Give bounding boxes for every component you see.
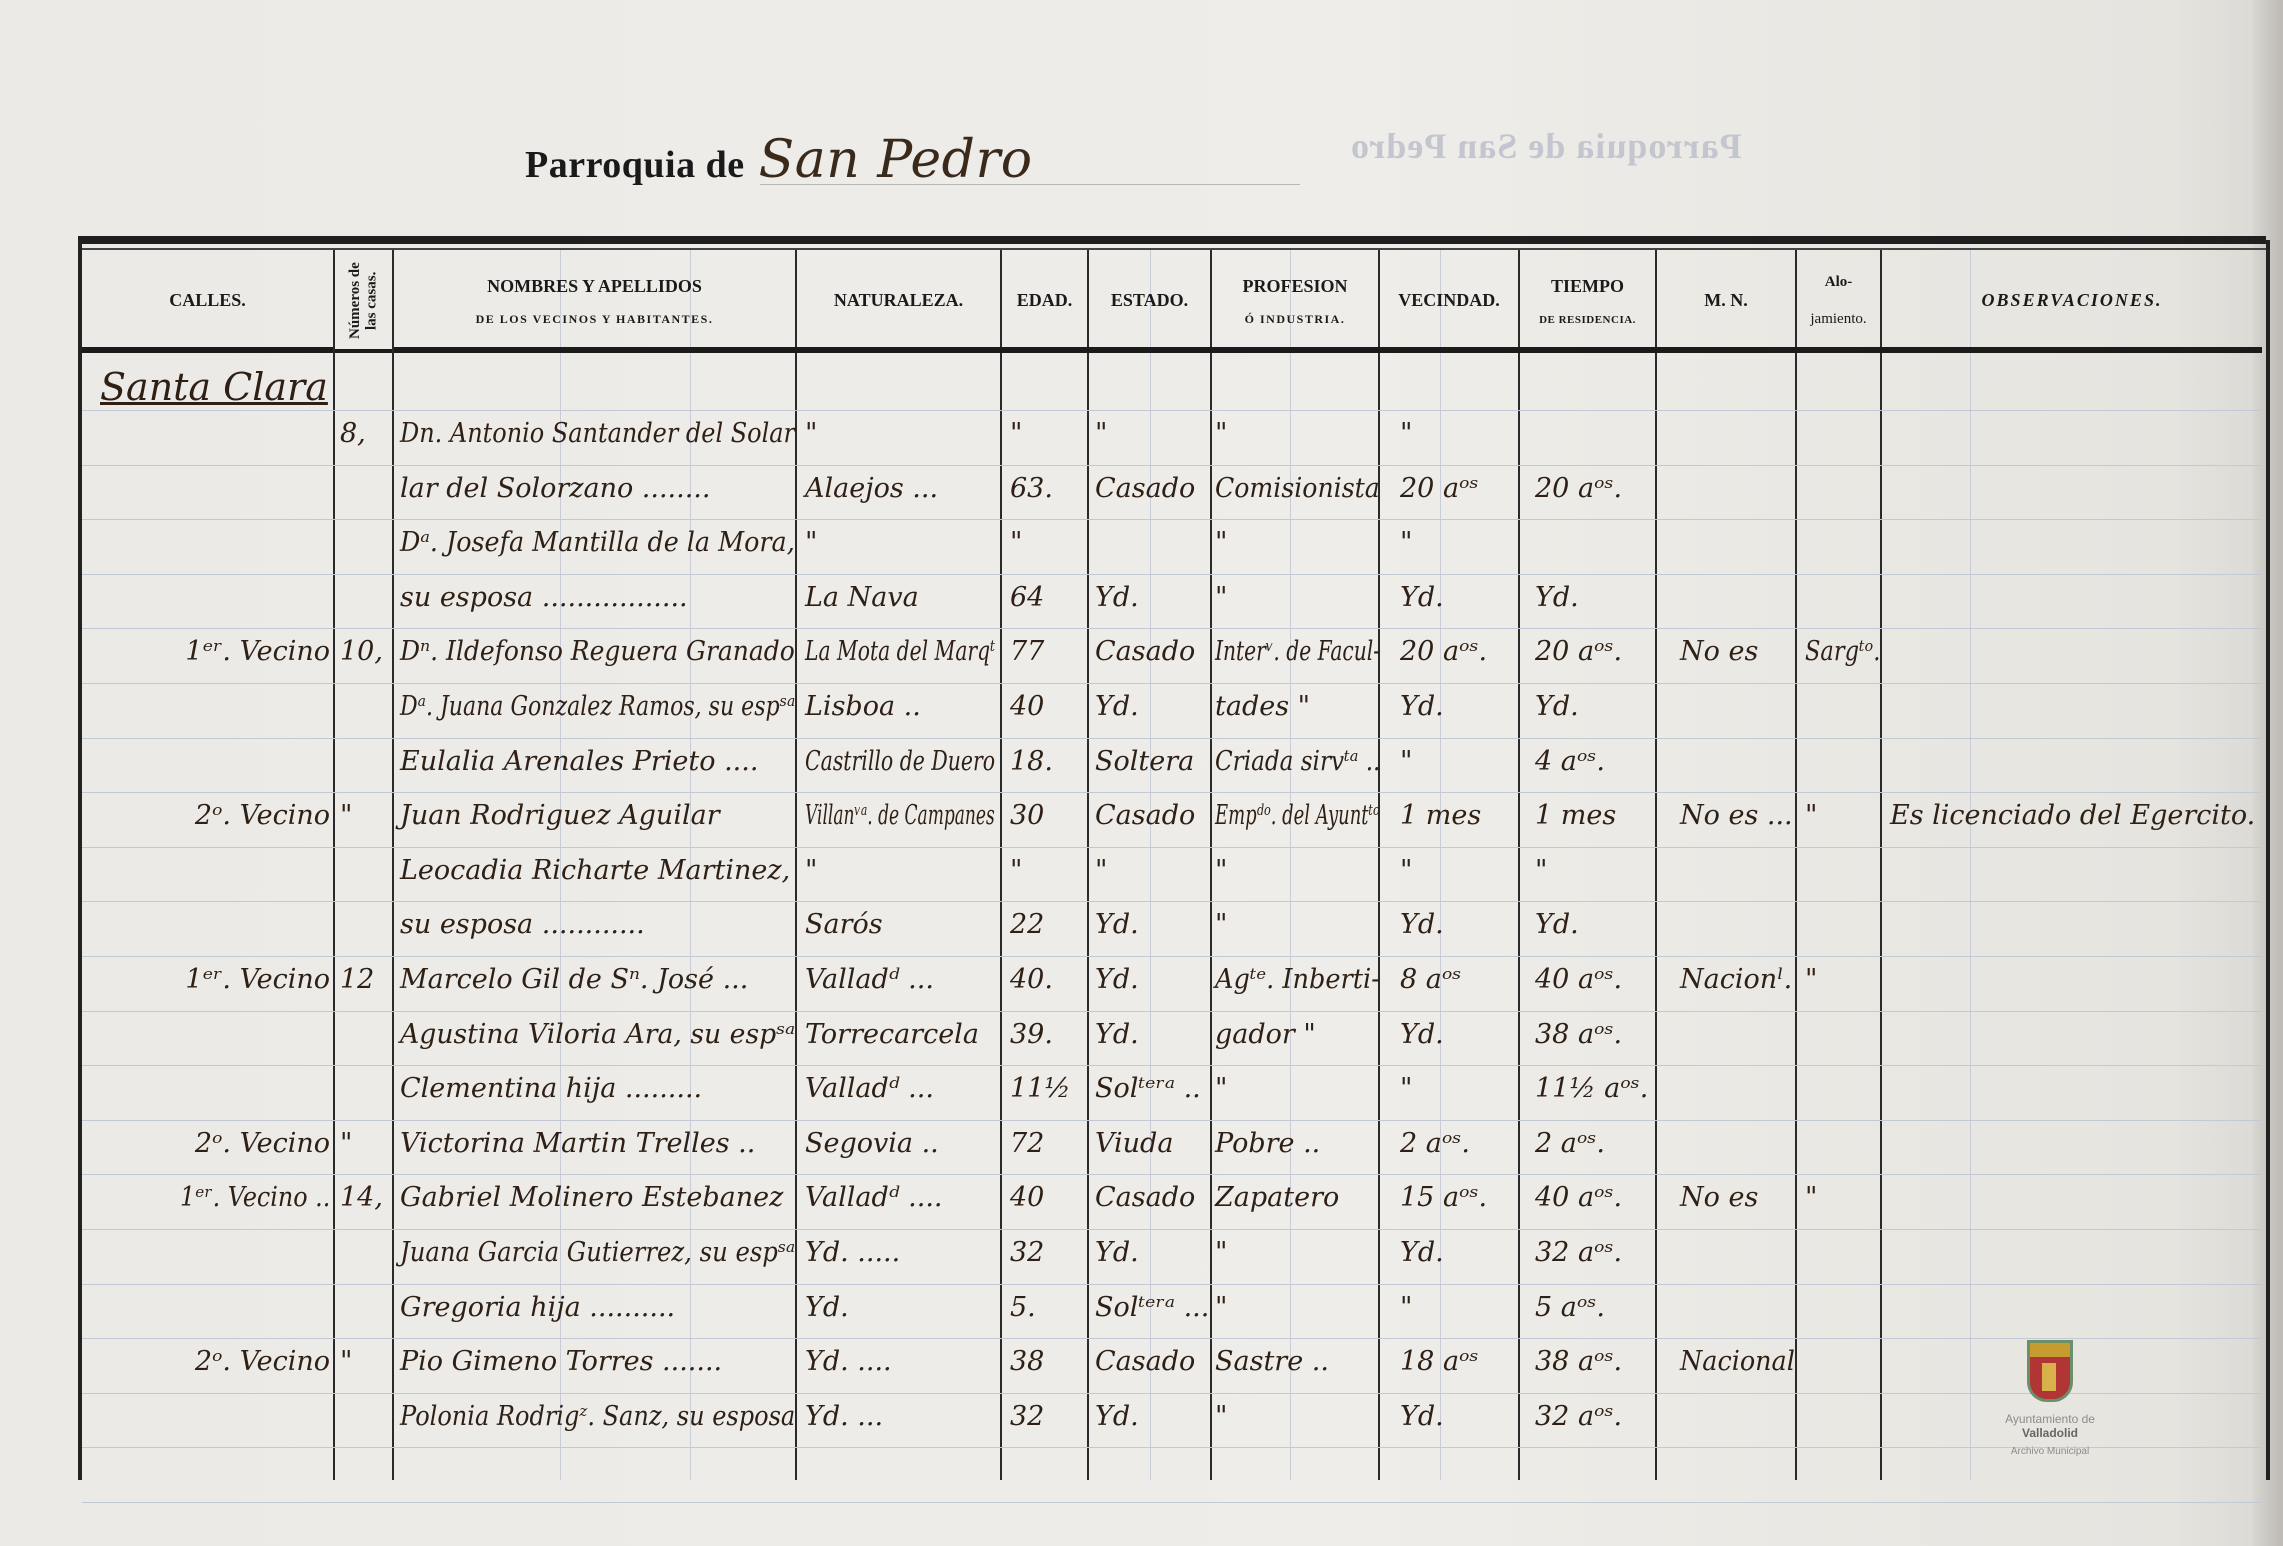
cell-nombre: su esposa ................. bbox=[400, 584, 688, 611]
cell-vecindad: " bbox=[1400, 857, 1412, 884]
col-divider bbox=[1087, 250, 1089, 1480]
cell-tiempo: 32 aᵒˢ. bbox=[1535, 1239, 1622, 1266]
census-page: Parroquia de San Pedro Parroquia deSan P… bbox=[0, 0, 2283, 1546]
ruled-line bbox=[82, 628, 2262, 629]
cell-estado: " bbox=[1095, 420, 1107, 447]
cell-estado: Yd. bbox=[1095, 1403, 1139, 1430]
cell-num: " bbox=[340, 802, 352, 829]
header-numeros: Números de las casas. bbox=[335, 256, 392, 346]
header-tiempo: TIEMPODE RESIDENCIA. bbox=[1520, 256, 1655, 346]
ruled-line bbox=[82, 956, 2262, 957]
ruled-line bbox=[82, 465, 2262, 466]
watermark-line2: Archivo Municipal bbox=[1990, 1446, 2110, 1457]
ruled-line bbox=[82, 1229, 2262, 1230]
cell-mn: Nacional bbox=[1680, 1348, 1795, 1375]
cell-profesion: " bbox=[1215, 584, 1227, 611]
cell-tiempo: Yd. bbox=[1535, 911, 1579, 938]
page-title: Parroquia deSan Pedro bbox=[525, 130, 1033, 190]
cell-tiempo: 1 mes bbox=[1535, 802, 1616, 829]
cell-vecindad: " bbox=[1400, 420, 1412, 447]
ruled-line bbox=[82, 410, 2262, 411]
cell-tiempo: 5 aᵒˢ. bbox=[1535, 1294, 1605, 1321]
cell-vecindad: Yd. bbox=[1400, 1021, 1444, 1048]
cell-calle: 1ᵉʳ. Vecino .. bbox=[180, 1184, 312, 1211]
cell-num: 8, bbox=[340, 420, 366, 447]
header-observaciones: OBSERVACIONES. bbox=[1882, 256, 2262, 346]
cell-tiempo: 20 aᵒˢ. bbox=[1535, 475, 1622, 502]
cell-nombre: Agustina Viloria Ara, su espˢᵃ bbox=[400, 1021, 795, 1048]
cell-naturaleza: Segovia .. bbox=[805, 1130, 939, 1157]
col-divider bbox=[1210, 250, 1212, 1480]
cell-edad: 38 bbox=[1010, 1348, 1044, 1375]
cell-vecindad: 2 aᵒˢ. bbox=[1400, 1130, 1470, 1157]
col-divider bbox=[1880, 250, 1882, 1480]
ghost-ruling bbox=[1970, 250, 1971, 1480]
cell-nombre: Dᵃ. Josefa Mantilla de la Mora, bbox=[400, 529, 795, 556]
cell-profesion: " bbox=[1215, 911, 1227, 938]
cell-calle: 2ᵒ. Vecino bbox=[180, 802, 330, 829]
col-divider bbox=[1795, 250, 1797, 1480]
cell-profesion: Comisionista bbox=[1215, 475, 1380, 502]
cell-profesion: gador " bbox=[1215, 1021, 1316, 1048]
cell-profesion: Agᵗᵉ. Inberti- bbox=[1215, 966, 1380, 993]
cell-estado: Yd. bbox=[1095, 966, 1139, 993]
bleed-through-title: Parroquia de San Pedro bbox=[1350, 125, 1742, 167]
cell-edad: 63. bbox=[1010, 475, 1053, 502]
cell-edad: " bbox=[1010, 529, 1022, 556]
cell-nombre: Gregoria hija .......... bbox=[400, 1294, 675, 1321]
cell-num: 10, bbox=[340, 638, 383, 665]
cell-vecindad: Yd. bbox=[1400, 584, 1444, 611]
cell-edad: 72 bbox=[1010, 1130, 1044, 1157]
cell-naturaleza: Lisboa .. bbox=[805, 693, 921, 720]
cell-naturaleza: La Mota del Marqᵗ bbox=[805, 638, 995, 665]
cell-naturaleza: Torrecarcela bbox=[805, 1021, 979, 1048]
ruled-line bbox=[82, 1338, 2262, 1339]
cell-vecindad: " bbox=[1400, 1294, 1412, 1321]
ruled-line bbox=[82, 1174, 2262, 1175]
cell-mn: Nacionˡ. bbox=[1680, 966, 1792, 993]
col-divider bbox=[333, 250, 335, 1480]
cell-profesion: " bbox=[1215, 420, 1227, 447]
ruled-line bbox=[82, 792, 2262, 793]
cell-naturaleza: Valladᵈ ... bbox=[805, 966, 934, 993]
ruled-line bbox=[82, 1502, 2262, 1503]
street-name: Santa Clara bbox=[100, 368, 328, 406]
cell-nombre: Marcelo Gil de Sⁿ. José ... bbox=[400, 966, 748, 993]
cell-calle: 1ᵉʳ. Vecino bbox=[180, 638, 330, 665]
cell-nombre: Juan Rodriguez Aguilar bbox=[400, 802, 720, 829]
cell-estado: Casado bbox=[1095, 1184, 1195, 1211]
cell-naturaleza: Yd. bbox=[805, 1294, 849, 1321]
cell-naturaleza: Sarós bbox=[805, 911, 883, 938]
cell-vecindad: 18 aᵒˢ bbox=[1400, 1348, 1479, 1375]
cell-nombre: Clementina hija ......... bbox=[400, 1075, 702, 1102]
cell-nombre: Eulalia Arenales Prieto .... bbox=[400, 748, 758, 775]
cell-naturaleza: Castrillo de Duero bbox=[805, 748, 995, 775]
ruled-line bbox=[82, 1120, 2262, 1121]
col-divider bbox=[1655, 250, 1657, 1480]
cell-obs: Es licenciado del Egercito. bbox=[1890, 802, 2255, 829]
cell-naturaleza: Villanᵛᵃ. de Campanes bbox=[805, 802, 995, 829]
col-divider bbox=[1518, 250, 1520, 1480]
cell-naturaleza: La Nava bbox=[805, 584, 919, 611]
cell-profesion: Sastre .. bbox=[1215, 1348, 1329, 1375]
cell-profesion: " bbox=[1215, 529, 1227, 556]
cell-mn: No es ... bbox=[1680, 802, 1793, 829]
cell-naturaleza: " bbox=[805, 529, 817, 556]
cell-naturaleza: Yd. ... bbox=[805, 1403, 883, 1430]
cell-aloj: " bbox=[1805, 966, 1817, 993]
ruled-line bbox=[82, 683, 2262, 684]
cell-edad: 22 bbox=[1010, 911, 1044, 938]
title-printed: Parroquia de bbox=[525, 144, 745, 186]
cell-nombre: Victorina Martin Trelles .. bbox=[400, 1130, 755, 1157]
cell-vecindad: Yd. bbox=[1400, 911, 1444, 938]
cell-nombre: lar del Solorzano ........ bbox=[400, 475, 710, 502]
cell-nombre: Polonia Rodrigᶻ. Sanz, su esposa bbox=[400, 1403, 795, 1430]
cell-profesion: Criada sirvᵗᵃ .. bbox=[1215, 748, 1380, 775]
cell-estado: Yd. bbox=[1095, 1239, 1139, 1266]
ruled-line bbox=[82, 738, 2262, 739]
cell-profesion: Interᵛ. de Facul- bbox=[1215, 638, 1380, 665]
col-divider bbox=[795, 250, 797, 1480]
cell-vecindad: 8 aᵒˢ bbox=[1400, 966, 1461, 993]
cell-profesion: Zapatero bbox=[1215, 1184, 1339, 1211]
cell-calle: 2ᵒ. Vecino bbox=[180, 1348, 330, 1375]
cell-edad: " bbox=[1010, 857, 1022, 884]
cell-edad: 18. bbox=[1010, 748, 1053, 775]
header-rule bbox=[82, 347, 333, 353]
cell-estado: Yd. bbox=[1095, 1021, 1139, 1048]
cell-estado: Yd. bbox=[1095, 693, 1139, 720]
cell-nombre: Juana Garcia Gutierrez, su espˢᵃ bbox=[400, 1239, 795, 1266]
cell-vecindad: Yd. bbox=[1400, 693, 1444, 720]
header-rule bbox=[394, 347, 2262, 353]
cell-edad: 40 bbox=[1010, 693, 1044, 720]
cell-tiempo: " bbox=[1535, 857, 1547, 884]
cell-tiempo: 20 aᵒˢ. bbox=[1535, 638, 1622, 665]
cell-tiempo: 32 aᵒˢ. bbox=[1535, 1403, 1622, 1430]
col-divider bbox=[1000, 250, 1002, 1480]
cell-vecindad: 20 aᵒˢ bbox=[1400, 475, 1479, 502]
header-estado: ESTADO. bbox=[1089, 256, 1210, 346]
ruled-line bbox=[82, 1393, 2262, 1394]
cell-estado: " bbox=[1095, 857, 1107, 884]
cell-naturaleza: " bbox=[805, 420, 817, 447]
cell-edad: 32 bbox=[1010, 1403, 1044, 1430]
cell-estado: Casado bbox=[1095, 1348, 1195, 1375]
cell-profesion: tades " bbox=[1215, 693, 1310, 720]
cell-naturaleza: Valladᵈ .... bbox=[805, 1184, 942, 1211]
header-edad: EDAD. bbox=[1002, 256, 1087, 346]
cell-mn: No es bbox=[1680, 638, 1758, 665]
cell-vecindad: 15 aᵒˢ. bbox=[1400, 1184, 1487, 1211]
cell-edad: 30 bbox=[1010, 802, 1044, 829]
cell-estado: Yd. bbox=[1095, 584, 1139, 611]
ruled-line bbox=[82, 901, 2262, 902]
cell-tiempo: 38 aᵒˢ. bbox=[1535, 1348, 1622, 1375]
cell-nombre: Leocadia Richarte Martinez, bbox=[400, 857, 790, 884]
cell-tiempo: 40 aᵒˢ. bbox=[1535, 966, 1622, 993]
cell-aloj: " bbox=[1805, 1184, 1817, 1211]
cell-aloj: " bbox=[1805, 802, 1817, 829]
cell-edad: 11½ bbox=[1010, 1075, 1071, 1102]
cell-profesion: " bbox=[1215, 857, 1227, 884]
cell-num: 12 bbox=[340, 966, 374, 993]
title-underline bbox=[760, 184, 1300, 185]
cell-edad: 77 bbox=[1010, 638, 1044, 665]
cell-profesion: " bbox=[1215, 1239, 1227, 1266]
watermark-line1: Ayuntamiento de Valladolid bbox=[1990, 1412, 2110, 1440]
cell-estado: Viuda bbox=[1095, 1130, 1173, 1157]
cell-tiempo: Yd. bbox=[1535, 693, 1579, 720]
header-nombres: NOMBRES Y APELLIDOSDE LOS VECINOS Y HABI… bbox=[394, 256, 795, 346]
cell-naturaleza: Valladᵈ ... bbox=[805, 1075, 934, 1102]
ruled-line bbox=[82, 1284, 2262, 1285]
cell-num: " bbox=[340, 1348, 352, 1375]
cell-naturaleza: " bbox=[805, 857, 817, 884]
cell-tiempo: 2 aᵒˢ. bbox=[1535, 1130, 1605, 1157]
cell-profesion: " bbox=[1215, 1403, 1227, 1430]
cell-edad: 39. bbox=[1010, 1021, 1053, 1048]
title-parish-handwritten: San Pedro bbox=[759, 130, 1033, 190]
header-vecindad: VECINDAD. bbox=[1380, 256, 1518, 346]
cell-calle: 1ᵉʳ. Vecino bbox=[180, 966, 330, 993]
cell-naturaleza: Yd. .... bbox=[805, 1348, 892, 1375]
cell-num: 14, bbox=[340, 1184, 383, 1211]
ruled-line bbox=[82, 1065, 2262, 1066]
cell-naturaleza: Yd. ..... bbox=[805, 1239, 900, 1266]
cell-profesion: " bbox=[1215, 1294, 1227, 1321]
cell-edad: 32 bbox=[1010, 1239, 1044, 1266]
cell-tiempo: 4 aᵒˢ. bbox=[1535, 748, 1605, 775]
col-divider bbox=[1378, 250, 1380, 1480]
header-rule bbox=[335, 349, 392, 353]
cell-vecindad: Yd. bbox=[1400, 1403, 1444, 1430]
cell-estado: Yd. bbox=[1095, 911, 1139, 938]
cell-tiempo: 40 aᵒˢ. bbox=[1535, 1184, 1622, 1211]
cell-edad: 5. bbox=[1010, 1294, 1036, 1321]
cell-vecindad: " bbox=[1400, 748, 1412, 775]
ruled-line bbox=[82, 1447, 2262, 1448]
cell-nombre: Dᵃ. Juana Gonzalez Ramos, su espˢᵃ bbox=[400, 693, 795, 720]
cell-edad: 40 bbox=[1010, 1184, 1044, 1211]
ruled-line bbox=[82, 519, 2262, 520]
cell-nombre: Dn. Antonio Santander del Solar bbox=[400, 420, 795, 447]
cell-vecindad: 20 aᵒˢ. bbox=[1400, 638, 1487, 665]
cell-tiempo: 38 aᵒˢ. bbox=[1535, 1021, 1622, 1048]
cell-num: " bbox=[340, 1130, 352, 1157]
cell-estado: Solᵗᵉʳᵃ .. bbox=[1095, 1075, 1201, 1102]
cell-edad: " bbox=[1010, 420, 1022, 447]
cell-aloj: Sargᵗᵒ. bbox=[1805, 638, 1880, 665]
cell-profesion: Pobre .. bbox=[1215, 1130, 1320, 1157]
cell-estado: Casado bbox=[1095, 638, 1195, 665]
cell-vecindad: " bbox=[1400, 529, 1412, 556]
cell-nombre: Pio Gimeno Torres ....... bbox=[400, 1348, 722, 1375]
ghost-ruling bbox=[1440, 250, 1441, 1480]
ghost-ruling bbox=[1290, 250, 1291, 1480]
header-alojamiento: Alo-jamiento. bbox=[1797, 256, 1880, 346]
cell-vecindad: Yd. bbox=[1400, 1239, 1444, 1266]
cell-edad: 40. bbox=[1010, 966, 1053, 993]
col-divider bbox=[392, 250, 394, 1480]
header-naturaleza: NATURALEZA. bbox=[797, 256, 1000, 346]
header-calles: CALLES. bbox=[82, 256, 333, 346]
valladolid-coat-of-arms-icon bbox=[2027, 1340, 2073, 1402]
cell-calle: 2ᵒ. Vecino bbox=[180, 1130, 330, 1157]
cell-mn: No es bbox=[1680, 1184, 1758, 1211]
cell-edad: 64 bbox=[1010, 584, 1044, 611]
ruled-line bbox=[82, 574, 2262, 575]
cell-naturaleza: Alaejos ... bbox=[805, 475, 938, 502]
cell-profesion: " bbox=[1215, 1075, 1227, 1102]
ruled-line bbox=[82, 847, 2262, 848]
header-profesion: PROFESIONÓ INDUSTRIA. bbox=[1212, 256, 1378, 346]
cell-profesion: Empᵈᵒ. del Ayuntᵗᵒ bbox=[1215, 802, 1380, 829]
cell-vecindad: " bbox=[1400, 1075, 1412, 1102]
cell-nombre: Gabriel Molinero Estebanez bbox=[400, 1184, 783, 1211]
header-mn: M. N. bbox=[1657, 256, 1795, 346]
cell-estado: Casado bbox=[1095, 802, 1195, 829]
cell-tiempo: 11½ aᵒˢ. bbox=[1535, 1075, 1648, 1102]
cell-nombre: su esposa ............ bbox=[400, 911, 645, 938]
cell-tiempo: Yd. bbox=[1535, 584, 1579, 611]
ruled-line bbox=[82, 1011, 2262, 1012]
archive-watermark: Ayuntamiento de Valladolid Archivo Munic… bbox=[1990, 1340, 2110, 1457]
cell-vecindad: 1 mes bbox=[1400, 802, 1481, 829]
cell-estado: Soltera bbox=[1095, 748, 1194, 775]
cell-estado: Solᵗᵉʳᵃ ... bbox=[1095, 1294, 1209, 1321]
cell-estado: Casado bbox=[1095, 475, 1195, 502]
cell-nombre: Dⁿ. Ildefonso Reguera Granado bbox=[400, 638, 795, 665]
